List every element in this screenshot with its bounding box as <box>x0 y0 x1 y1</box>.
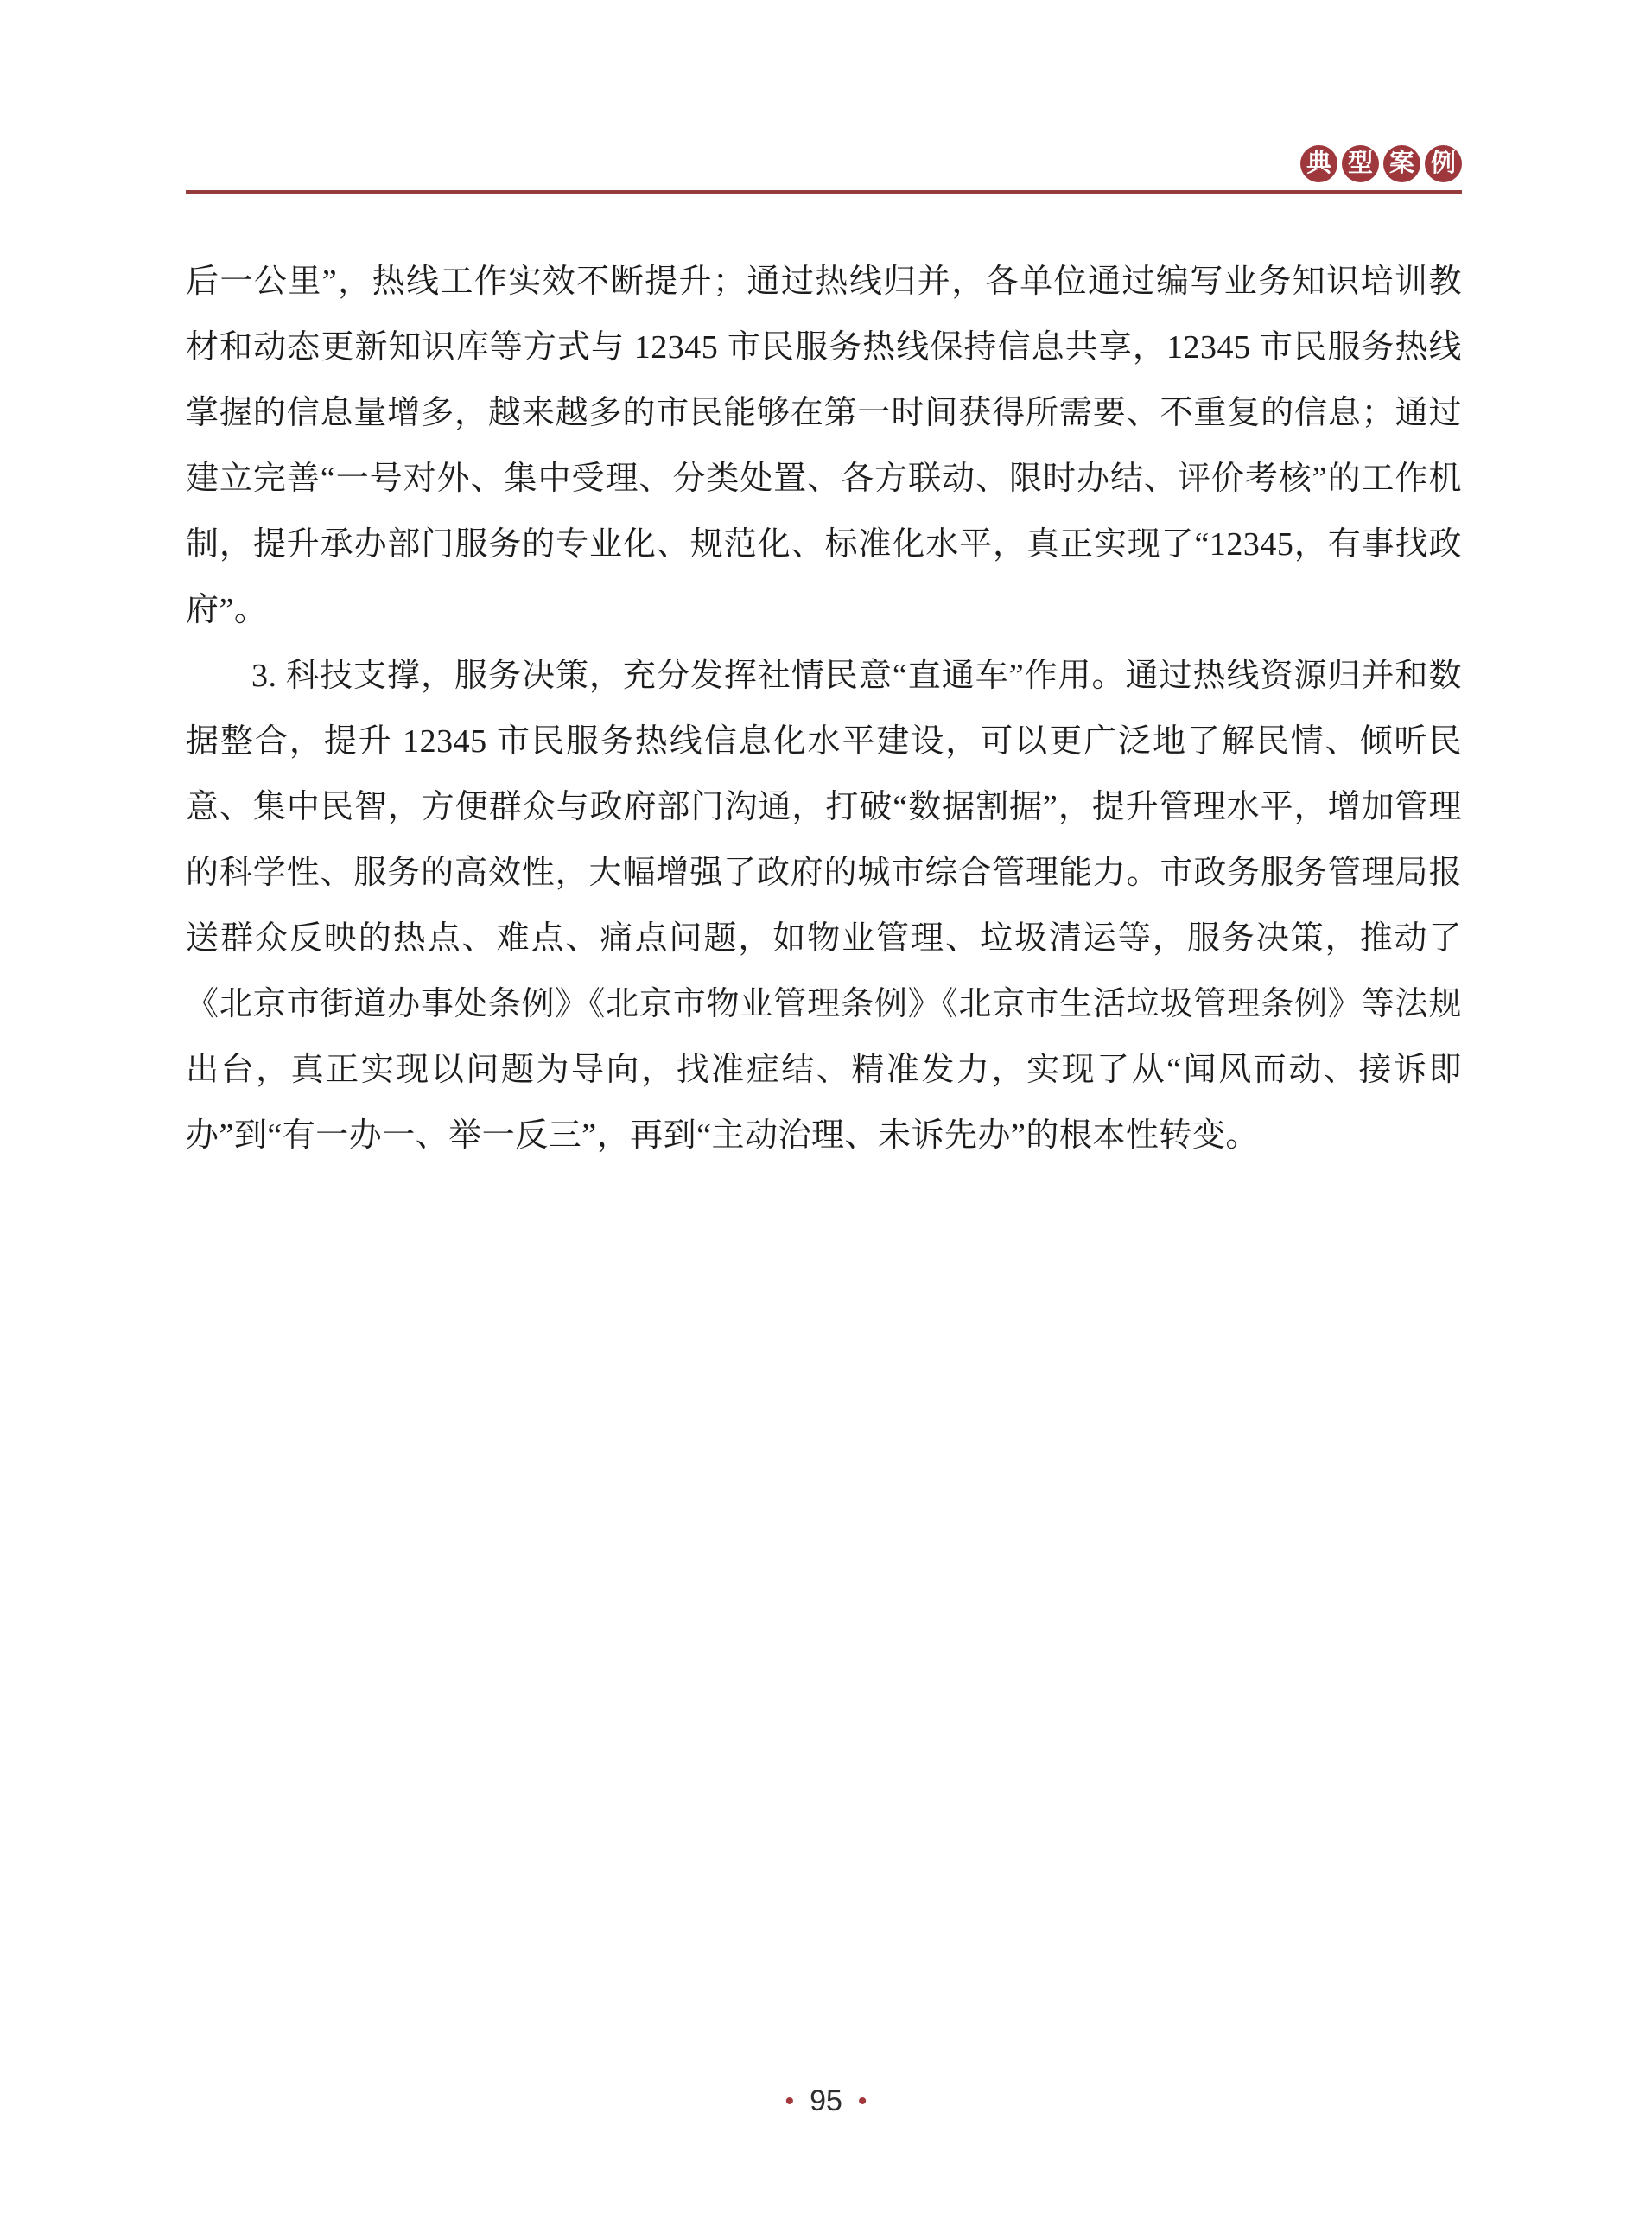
chapter-badge: 典 型 案 例 <box>186 145 1462 182</box>
badge-char-circle: 型 <box>1342 145 1379 182</box>
badge-char-circle: 案 <box>1383 145 1420 182</box>
page-number: 95 <box>810 2084 842 2118</box>
page-header: 典 型 案 例 <box>186 145 1462 194</box>
paragraph: 后一公里”，热线工作实效不断提升；通过热线归并，各单位通过编写业务知识培训教材和… <box>186 249 1462 643</box>
badge-char-circle: 典 <box>1300 145 1337 182</box>
body-text: 后一公里”，热线工作实效不断提升；通过热线归并，各单位通过编写业务知识培训教材和… <box>186 249 1462 1168</box>
page-number-dot-left: • <box>785 2089 795 2115</box>
page-footer: • 95 • <box>0 2084 1652 2118</box>
badge-char-circle: 例 <box>1425 145 1462 182</box>
header-rule-line <box>186 190 1462 194</box>
page-number-dot-right: • <box>858 2089 867 2115</box>
paragraph: 3. 科技支撑，服务决策，充分发挥社情民意“直通车”作用。通过热线资源归并和数据… <box>186 643 1462 1168</box>
document-page: 典 型 案 例 后一公里”，热线工作实效不断提升；通过热线归并，各单位通过编写业… <box>0 0 1652 2240</box>
